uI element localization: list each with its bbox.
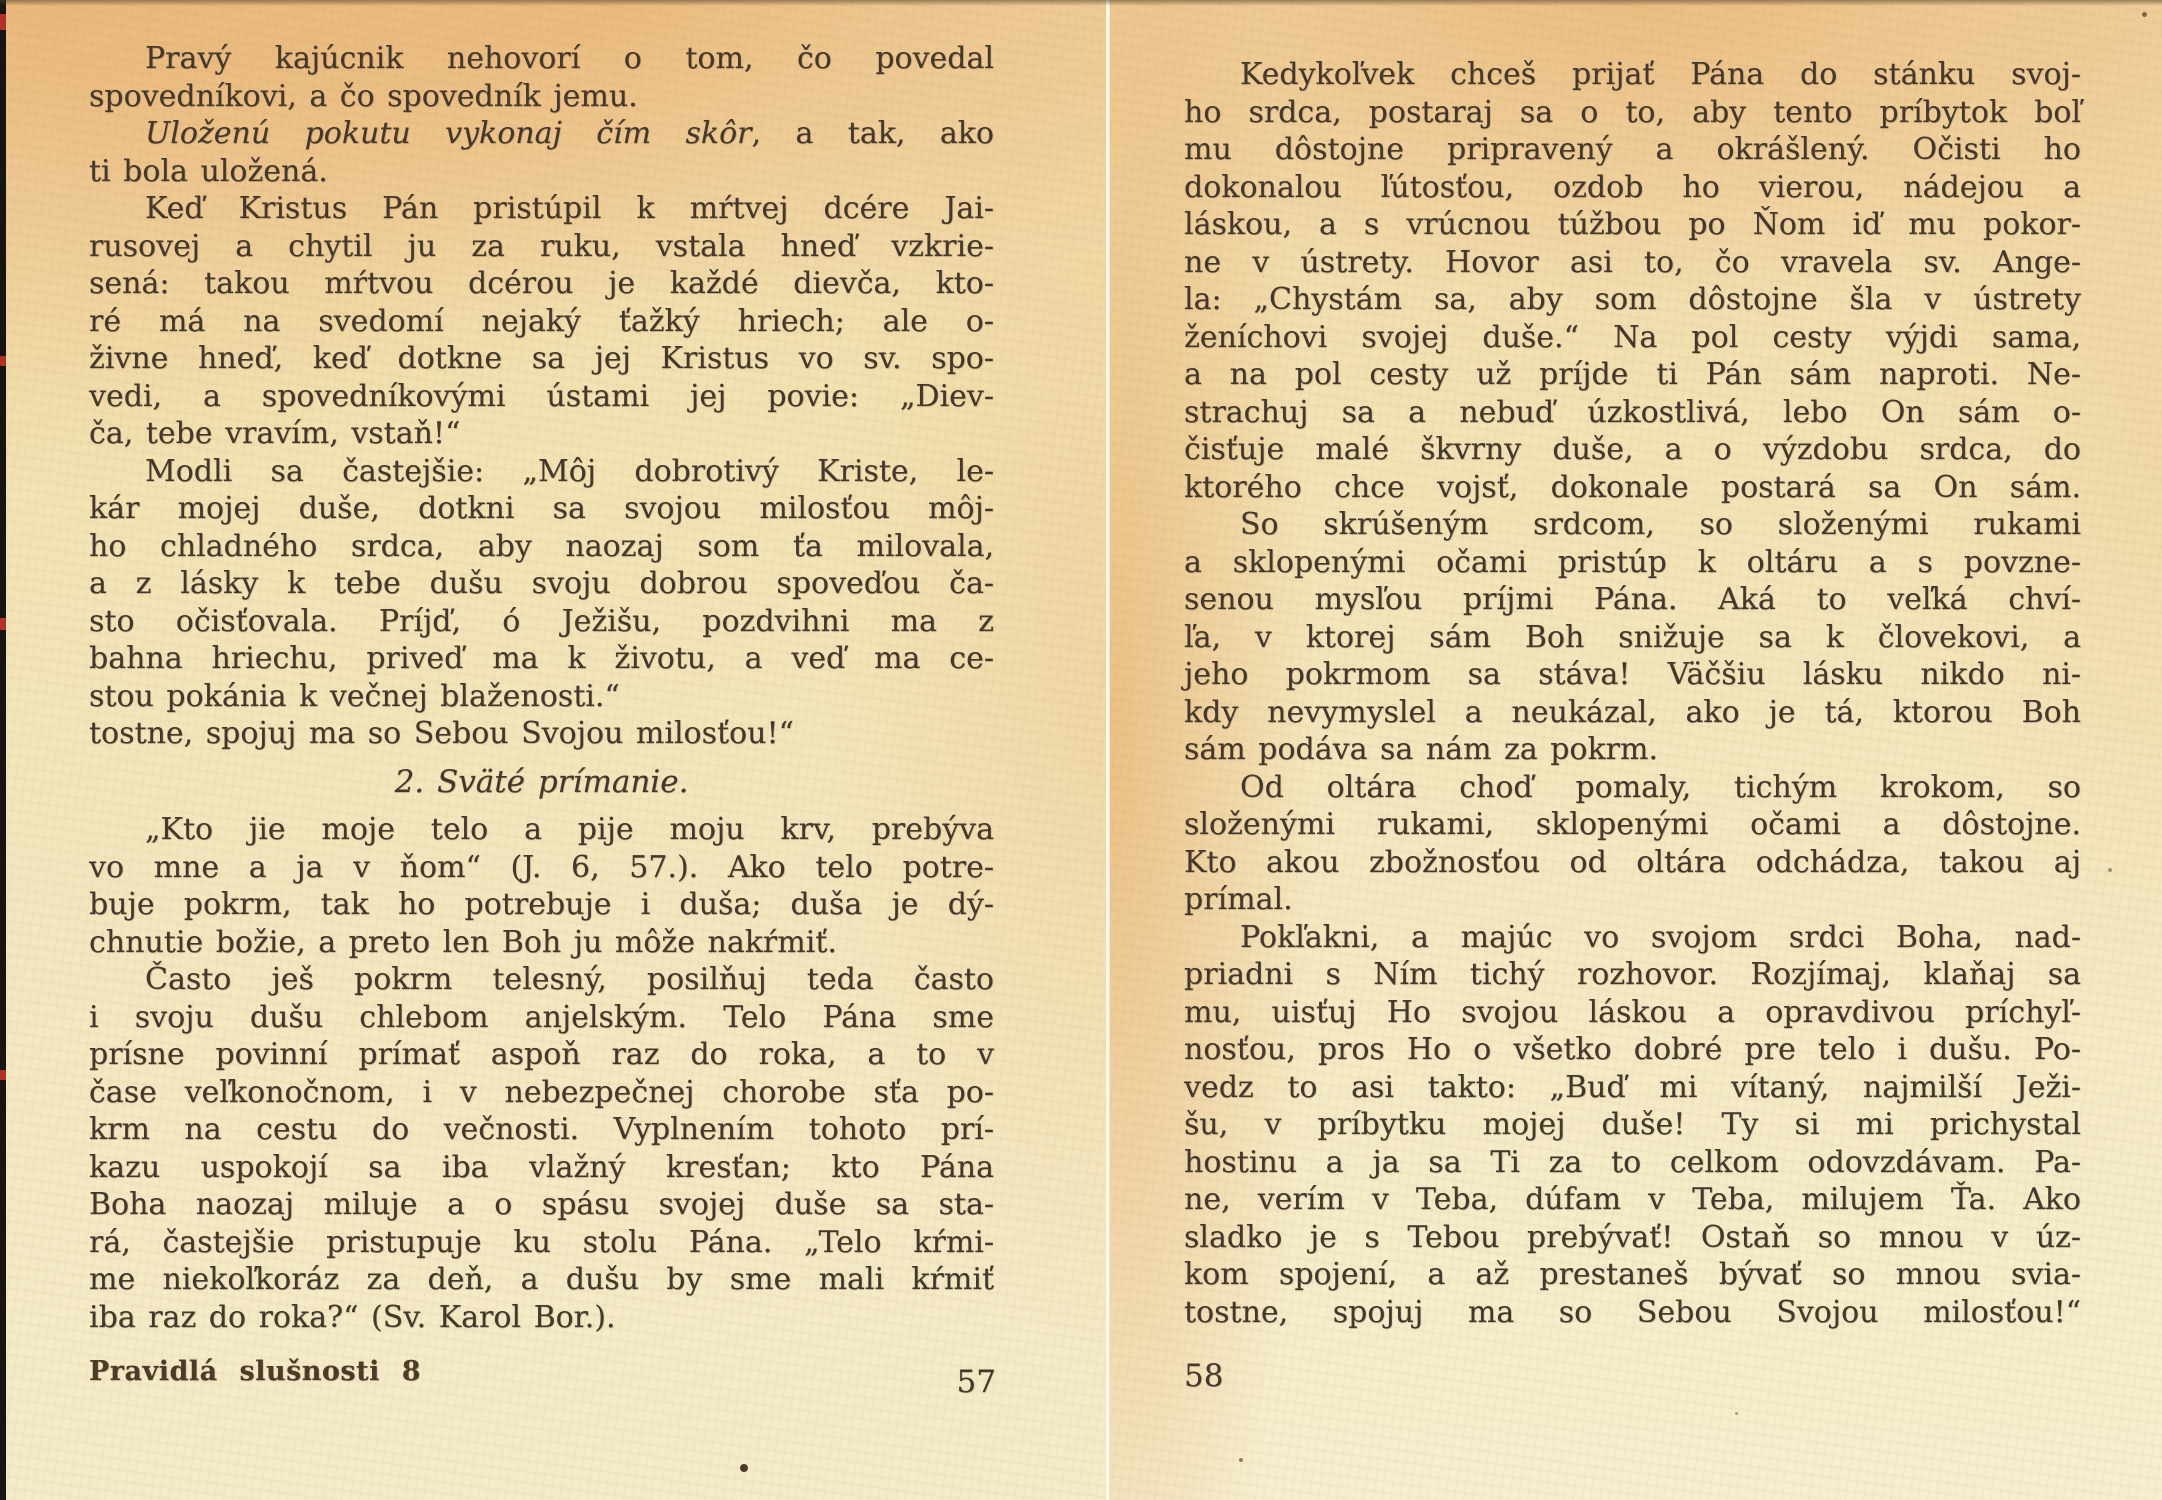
text-line: vedz to asi takto: „Buď mi vítaný, najmi… (1184, 1069, 2081, 1107)
text-line: spovedníkovi, a čo spovedník jemu. (89, 78, 994, 116)
text-line: tostne, spojuj ma so Sebou Svojou milosť… (1184, 1294, 2081, 1332)
text-line: chnutie božie, a preto len Boh ju môže n… (89, 924, 994, 962)
text-line: vedi, a spovedníkovými ústami jej povie:… (89, 378, 994, 416)
text-line: ne, verím v Teba, dúfam v Teba, milujem … (1184, 1181, 2081, 1219)
italic-text-segment: Uloženú pokutu vykonaj čím skôr (145, 116, 751, 151)
text-line: šu, v príbytku mojej duše! Ty si mi pric… (1184, 1106, 2081, 1144)
text-line: Kedykoľvek chceš prijať Pána do stánku s… (1184, 56, 2081, 94)
text-line: mu dôstojne pripravený a okrášlený. Očis… (1184, 131, 2081, 169)
text-line: čase veľkonočnom, i v nebezpečnej chorob… (89, 1074, 994, 1112)
text-line: ti bola uložená. (89, 153, 994, 191)
text-line: a z lásky k tebe dušu svoju dobrou spove… (89, 565, 994, 603)
text-line: mu, uisťuj Ho svojou láskou a opravdivou… (1184, 994, 2081, 1032)
text-line: ho chladného srdca, aby naozaj som ťa mi… (89, 528, 994, 566)
right-text-block: Kedykoľvek chceš prijať Pána do stánku s… (1184, 56, 2081, 1331)
text-line: Modli sa častejšie: „Môj dobrotivý Krist… (89, 453, 994, 491)
text-line: la: „Chystám sa, aby som dôstojne šla v … (1184, 281, 2081, 319)
text-line: láskou, a s vrúcnou túžbou po Ňom iď mu … (1184, 206, 2081, 244)
text-line: Boha naozaj miluje a o spásu svojej duše… (89, 1186, 994, 1224)
text-line: prímal. (1184, 881, 2081, 919)
left-page: Pravý kajúcnik nehovorí o tom, čo poveda… (6, 0, 1106, 1500)
text-line: kazu uspokojí sa iba vlažný kresťan; kto… (89, 1149, 994, 1187)
text-line: rusovej a chytil ju za ruku, vstala hneď… (89, 228, 994, 266)
text-line: i svoju dušu chlebom anjelským. Telo Pán… (89, 999, 994, 1037)
text-line: sám podáva sa nám za pokrm. (1184, 731, 2081, 769)
text-line: čisťuje malé škvrny duše, a o výzdobu sr… (1184, 431, 2081, 469)
text-line: a sklopenými očami pristúp k oltáru a s … (1184, 544, 2081, 582)
text-line: a na pol cesty už príjde ti Pán sám napr… (1184, 356, 2081, 394)
text-line: sladko je s Tebou prebývať! Ostaň so mno… (1184, 1219, 2081, 1257)
text-line: kom spojení, a až prestaneš bývať so mno… (1184, 1256, 2081, 1294)
text-line: So skrúšeným srdcom, so složenými rukami (1184, 506, 2081, 544)
text-line: ženíchovi svojej duše.“ Na pol cesty výj… (1184, 319, 2081, 357)
text-line: senou mysľou príjmi Pána. Aká to veľká c… (1184, 581, 2081, 619)
text-line: ľa, v ktorej sám Boh snižuje sa k človek… (1184, 619, 2081, 657)
text-line: kár mojej duše, dotkni sa svojou milosťo… (89, 490, 994, 528)
right-page: Kedykoľvek chceš prijať Pána do stánku s… (1110, 0, 2162, 1500)
text-line: me niekoľkoráz za deň, a dušu by sme mal… (89, 1261, 994, 1299)
left-text-block: Pravý kajúcnik nehovorí o tom, čo poveda… (89, 40, 994, 1336)
text-line: ktorého chce vojsť, dokonale postará sa … (1184, 469, 2081, 507)
text-segment: , a tak, ako (751, 116, 994, 151)
left-page-number: 57 (951, 1364, 996, 1400)
text-line: ne v ústrety. Hovor asi to, čo vravela s… (1184, 244, 2081, 282)
text-line: tostne, spojuj ma so Sebou Svojou milosť… (89, 715, 994, 753)
text-line: sená: takou mŕtvou dcérou je každé dievč… (89, 265, 994, 303)
text-line: krm na cestu do večnosti. Vyplnením toho… (89, 1111, 994, 1149)
text-line: Uloženú pokutu vykonaj čím skôr, a tak, … (89, 115, 994, 153)
text-line: „Kto jie moje telo a pije moju krv, preb… (89, 811, 994, 849)
text-line: Od oltára choď pomaly, tichým krokom, so (1184, 769, 2081, 807)
text-line: strachuj sa a nebuď úzkostlivá, lebo On … (1184, 394, 2081, 432)
section-heading: 2. Sväté prímanie. (89, 764, 994, 802)
text-line: Pokľakni, a majúc vo svojom srdci Boha, … (1184, 919, 2081, 957)
text-line: živne hneď, keď dotkne sa jej Kristus vo… (89, 340, 994, 378)
text-line: hostinu a ja sa Ti za to celkom odovzdáv… (1184, 1144, 2081, 1182)
text-line: bahna hriechu, priveď ma k životu, a veď… (89, 640, 994, 678)
text-line: Pravý kajúcnik nehovorí o tom, čo poveda… (89, 40, 994, 78)
text-line: Keď Kristus Pán pristúpil k mŕtvej dcére… (89, 190, 994, 228)
text-line: buje pokrm, tak ho potrebuje i duša; duš… (89, 886, 994, 924)
text-line: nosťou, pros Ho o všetko dobré pre telo … (1184, 1031, 2081, 1069)
text-line: ho srdca, postaraj sa o to, aby tento pr… (1184, 94, 2081, 132)
book-spread-scan: Pravý kajúcnik nehovorí o tom, čo poveda… (0, 0, 2162, 1500)
left-footer-text: Pravidlá slušnosti 8 (89, 1356, 421, 1387)
text-line: rá, častejšie pristupuje ku stolu Pána. … (89, 1224, 994, 1262)
text-line: Často ješ pokrm telesný, posilňuj teda č… (89, 961, 994, 999)
text-line: stou pokánia k večnej blaženosti.“ (89, 678, 994, 716)
text-line: priadni s Ním tichý rozhovor. Rozjímaj, … (1184, 956, 2081, 994)
text-line: složenými rukami, sklopenými očami a dôs… (1184, 806, 2081, 844)
text-line: Kto akou zbožnosťou od oltára odchádza, … (1184, 844, 2081, 882)
text-line: ré má na svedomí nejaký ťažký hriech; al… (89, 303, 994, 341)
text-line: dokonalou ľútosťou, ozdob ho vierou, nád… (1184, 169, 2081, 207)
text-line: iba raz do roka?“ (Sv. Karol Bor.). (89, 1299, 994, 1337)
text-line: ča, tebe vravím, vstaň!“ (89, 415, 994, 453)
text-line: sto očisťovala. Príjď, ó Ježišu, pozdvih… (89, 603, 994, 641)
right-page-number: 58 (1184, 1358, 1223, 1394)
text-line: jeho pokrmom sa stáva! Väčšiu lásku nikd… (1184, 656, 2081, 694)
text-line: prísne povinní prímať aspoň raz do roka,… (89, 1036, 994, 1074)
text-line: vo mne a ja v ňom“ (J. 6, 57.). Ako telo… (89, 849, 994, 887)
text-line: kdy nevymyslel a neukázal, ako je tá, kt… (1184, 694, 2081, 732)
